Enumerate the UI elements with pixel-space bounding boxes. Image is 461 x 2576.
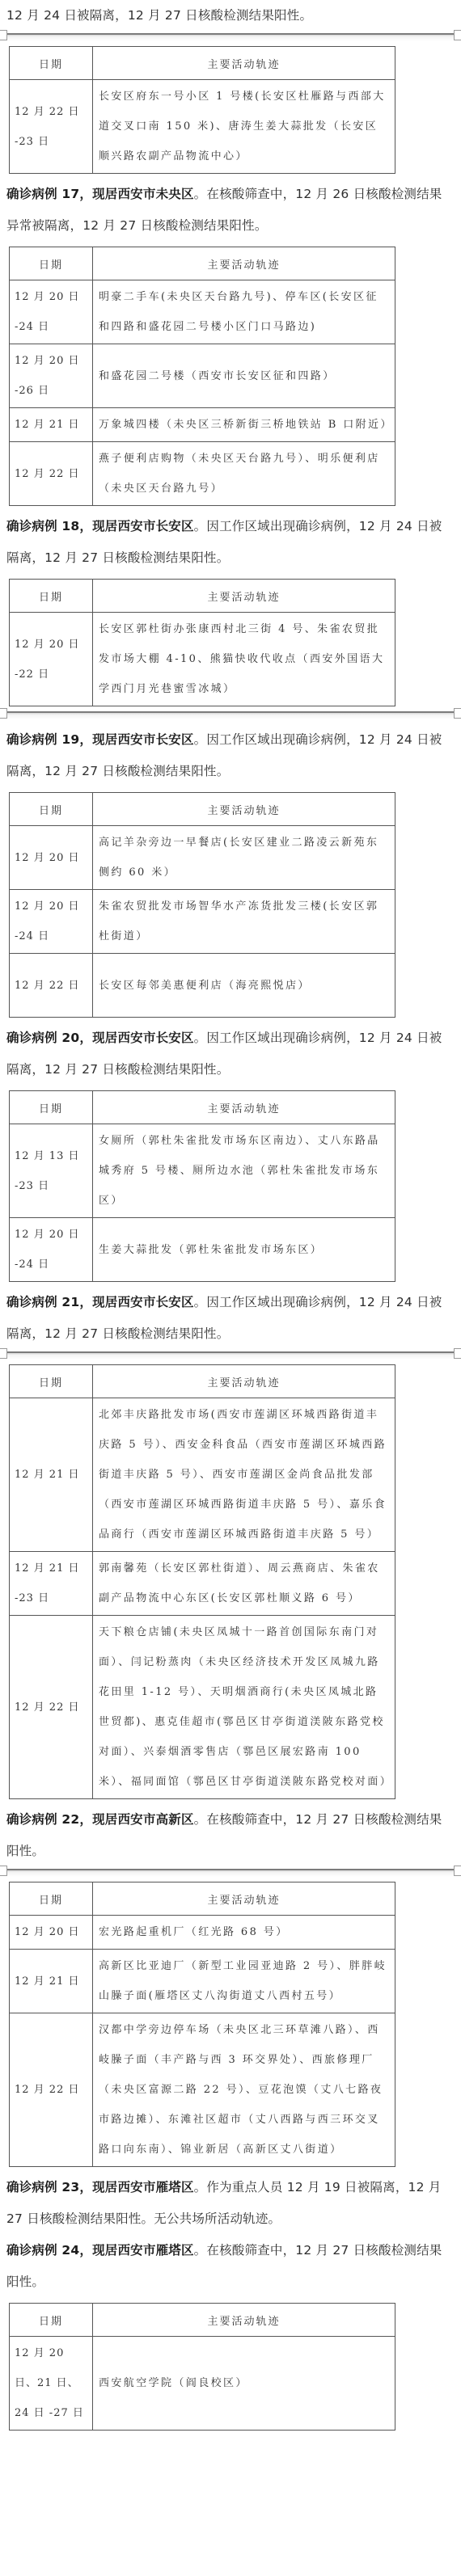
case-21-paragraph: 确诊病例 21，现居西安市长安区。因工作区域出现确诊病例，12 月 24 日被隔…	[0, 1287, 461, 1350]
case-17-paragraph: 确诊病例 17，现居西安市未央区。在核酸筛查中，12 月 26 日核酸检测结果异…	[0, 179, 461, 242]
table-row: 12 月 22 日 天下粮仓店铺(未央区凤城十一路首创国际东南门对面）、闫记粉蒸…	[10, 1616, 395, 1799]
row-track: 长安区府东一号小区 1 号楼(长安区杜雁路与西部大道交叉口南 150 米)、唐涛…	[93, 80, 395, 174]
row-track: 郭南馨苑（长安区郭杜街道）、周云燕商店、朱雀农副产品物流中心东区(长安区郭杜顺义…	[93, 1552, 395, 1616]
case-22-title: 确诊病例 22，现居西安市高新区	[6, 1812, 194, 1827]
row-date: 12 月 21 日	[10, 1950, 93, 2013]
table-row: 12 月 21 日 高新区比亚迪厂（新型工业园亚迪路 2 号）、胖胖岐山臊子面(…	[10, 1950, 395, 2013]
case-20-title: 确诊病例 20，现居西安市长安区	[6, 1031, 194, 1045]
table-row: 12 月 13 日 -23 日 女厕所（郭杜朱雀批发市场东区南边）、丈八东路晶城…	[10, 1124, 395, 1218]
table-row: 12 月 22 日 -23 日 长安区府东一号小区 1 号楼(长安区杜雁路与西部…	[10, 80, 395, 174]
row-date: 12 月 20 日 -24 日	[10, 1218, 93, 1282]
activity-table-case-24: 日期 主要活动轨迹 12 月 20 日、21 日、24 日 -27 日 西安航空…	[9, 2303, 395, 2431]
table-row: 12 月 22 日 燕子便利店购物（未央区天台路九号）、明乐便利店（未央区天台路…	[10, 442, 395, 506]
page-break-divider	[0, 711, 461, 719]
header-date: 日期	[10, 1091, 93, 1124]
activity-table-case-19: 日期 主要活动轨迹 12 月 20 日 高记羊杂旁边一早餐店(长安区建业二路凌云…	[9, 792, 395, 1018]
row-date: 12 月 20 日	[10, 826, 93, 890]
row-date: 12 月 22 日	[10, 1616, 93, 1799]
row-date: 12 月 22 日	[10, 442, 93, 506]
row-date: 12 月 20 日 -24 日	[10, 280, 93, 344]
table-row: 12 月 20 日 -22 日 长安区郭杜街办张康西村北三街 4 号、朱雀农贸批…	[10, 613, 395, 706]
row-date: 12 月 20 日	[10, 1916, 93, 1950]
row-track: 和盛花园二号楼（西安市长安区征和四路）	[93, 344, 395, 408]
case-18-paragraph: 确诊病例 18，现居西安市长安区。因工作区域出现确诊病例，12 月 24 日被隔…	[0, 511, 461, 574]
case-18-title: 确诊病例 18，现居西安市长安区	[6, 519, 194, 533]
row-date: 12 月 20 日、21 日、24 日 -27 日	[10, 2337, 93, 2431]
header-track: 主要活动轨迹	[93, 793, 395, 826]
table-row: 12 月 21 日 -23 日 郭南馨苑（长安区郭杜街道）、周云燕商店、朱雀农副…	[10, 1552, 395, 1616]
table-row: 12 月 20 日 宏光路起重机厂（红光路 68 号）	[10, 1916, 395, 1950]
table-row: 12 月 21 日 万象城四楼（未央区三桥新街三桥地铁站 B 口附近）	[10, 408, 395, 442]
row-track: 汉都中学旁边停车场（未央区北三环草滩八路）、西岐臊子面（丰产路与西 3 环交界处…	[93, 2013, 395, 2167]
table-header-row: 日期 主要活动轨迹	[10, 1091, 395, 1124]
header-track: 主要活动轨迹	[93, 47, 395, 80]
case-24-title: 确诊病例 24，现居西安市雁塔区	[6, 2243, 194, 2258]
case-21-title: 确诊病例 21，现居西安市长安区	[6, 1295, 194, 1309]
row-date: 12 月 22 日 -23 日	[10, 80, 93, 174]
table-row: 12 月 20 日 -24 日 明豪二手车(未央区天台路九号)、停车区(长安区征…	[10, 280, 395, 344]
table-row: 12 月 22 日 汉都中学旁边停车场（未央区北三环草滩八路）、西岐臊子面（丰产…	[10, 2013, 395, 2167]
row-date: 12 月 21 日 -23 日	[10, 1552, 93, 1616]
row-date: 12 月 20 日 -24 日	[10, 890, 93, 954]
activity-table-case-17: 日期 主要活动轨迹 12 月 20 日 -24 日 明豪二手车(未央区天台路九号…	[9, 247, 395, 506]
table-header-row: 日期 主要活动轨迹	[10, 580, 395, 613]
header-date: 日期	[10, 793, 93, 826]
case-19-title: 确诊病例 19，现居西安市长安区	[6, 732, 194, 747]
row-date: 12 月 21 日	[10, 408, 93, 442]
case-23-title: 确诊病例 23，现居西安市雁塔区	[6, 2180, 194, 2194]
activity-table-case-22: 日期 主要活动轨迹 12 月 20 日 宏光路起重机厂（红光路 68 号） 12…	[9, 1882, 395, 2167]
row-track: 万象城四楼（未央区三桥新街三桥地铁站 B 口附近）	[93, 408, 395, 442]
table-row: 12 月 20 日、21 日、24 日 -27 日 西安航空学院（阎良校区）	[10, 2337, 395, 2431]
row-track: 西安航空学院（阎良校区）	[93, 2337, 395, 2431]
row-date: 12 月 21 日	[10, 1398, 93, 1552]
document-page: 12 月 24 日被隔离，12 月 27 日核酸检测结果阳性。 日期 主要活动轨…	[0, 0, 461, 2431]
header-track: 主要活动轨迹	[93, 247, 395, 280]
row-date: 12 月 22 日	[10, 2013, 93, 2167]
case-23-paragraph: 确诊病例 23，现居西安市雁塔区。作为重点人员 12 月 19 日被隔离，12 …	[0, 2172, 461, 2235]
table-row: 12 月 20 日 -24 日 朱雀农贸批发市场智华水产冻货批发三楼(长安区郭杜…	[10, 890, 395, 954]
case-20-paragraph: 确诊病例 20，现居西安市长安区。因工作区域出现确诊病例，12 月 24 日被隔…	[0, 1022, 461, 1086]
header-date: 日期	[10, 247, 93, 280]
row-track: 朱雀农贸批发市场智华水产冻货批发三楼(长安区郭杜街道）	[93, 890, 395, 954]
row-track: 长安区每邻美惠便利店（海亮熙悦店）	[93, 954, 395, 1018]
header-date: 日期	[10, 2304, 93, 2337]
header-track: 主要活动轨迹	[93, 1091, 395, 1124]
table-row: 12 月 22 日 长安区每邻美惠便利店（海亮熙悦店）	[10, 954, 395, 1018]
row-track: 北郊丰庆路批发市场(西安市莲湖区环城西路街道丰庆路 5 号）、西安金科食品（西安…	[93, 1398, 395, 1552]
row-track: 宏光路起重机厂（红光路 68 号）	[93, 1916, 395, 1950]
page-break-divider	[0, 1351, 461, 1360]
header-date: 日期	[10, 1365, 93, 1398]
header-date: 日期	[10, 1882, 93, 1916]
row-date: 12 月 20 日 -26 日	[10, 344, 93, 408]
header-track: 主要活动轨迹	[93, 580, 395, 613]
case-22-paragraph: 确诊病例 22，现居西安市高新区。在核酸筛查中，12 月 27 日核酸检测结果阳…	[0, 1804, 461, 1867]
table-header-row: 日期 主要活动轨迹	[10, 793, 395, 826]
case-17-title: 确诊病例 17，现居西安市未央区	[6, 187, 194, 201]
table-header-row: 日期 主要活动轨迹	[10, 247, 395, 280]
row-track: 高新区比亚迪厂（新型工业园亚迪路 2 号）、胖胖岐山臊子面(雁塔区丈八沟街道丈八…	[93, 1950, 395, 2013]
row-date: 12 月 20 日 -22 日	[10, 613, 93, 706]
row-track: 燕子便利店购物（未央区天台路九号）、明乐便利店（未央区天台路九号）	[93, 442, 395, 506]
header-track: 主要活动轨迹	[93, 1882, 395, 1916]
table-row: 12 月 20 日 -26 日 和盛花园二号楼（西安市长安区征和四路）	[10, 344, 395, 408]
page-break-divider	[0, 1869, 461, 1877]
activity-table-case-18: 日期 主要活动轨迹 12 月 20 日 -22 日 长安区郭杜街办张康西村北三街…	[9, 579, 395, 706]
row-track: 生姜大蒜批发（郭杜朱雀批发市场东区）	[93, 1218, 395, 1282]
case-16-desc-tail: 12 月 24 日被隔离，12 月 27 日核酸检测结果阳性。	[0, 0, 461, 32]
header-track: 主要活动轨迹	[93, 1365, 395, 1398]
row-track: 女厕所（郭杜朱雀批发市场东区南边）、丈八东路晶城秀府 5 号楼、厕所边水池（郭杜…	[93, 1124, 395, 1218]
header-track: 主要活动轨迹	[93, 2304, 395, 2337]
case-24-paragraph: 确诊病例 24，现居西安市雁塔区。在核酸筛查中，12 月 27 日核酸检测结果阳…	[0, 2235, 461, 2298]
table-row: 12 月 20 日 -24 日 生姜大蒜批发（郭杜朱雀批发市场东区）	[10, 1218, 395, 1282]
table-row: 12 月 21 日 北郊丰庆路批发市场(西安市莲湖区环城西路街道丰庆路 5 号）…	[10, 1398, 395, 1552]
activity-table-case-21: 日期 主要活动轨迹 12 月 21 日 北郊丰庆路批发市场(西安市莲湖区环城西路…	[9, 1364, 395, 1799]
activity-table-case-20: 日期 主要活动轨迹 12 月 13 日 -23 日 女厕所（郭杜朱雀批发市场东区…	[9, 1090, 395, 1282]
row-track: 天下粮仓店铺(未央区凤城十一路首创国际东南门对面）、闫记粉蒸肉（未央区经济技术开…	[93, 1616, 395, 1799]
page-break-divider	[0, 33, 461, 41]
table-header-row: 日期 主要活动轨迹	[10, 47, 395, 80]
row-track: 长安区郭杜街办张康西村北三街 4 号、朱雀农贸批发市场大棚 4-10、熊猫快收代…	[93, 613, 395, 706]
activity-table-case-16: 日期 主要活动轨迹 12 月 22 日 -23 日 长安区府东一号小区 1 号楼…	[9, 46, 395, 174]
table-header-row: 日期 主要活动轨迹	[10, 2304, 395, 2337]
table-header-row: 日期 主要活动轨迹	[10, 1882, 395, 1916]
header-date: 日期	[10, 47, 93, 80]
table-header-row: 日期 主要活动轨迹	[10, 1365, 395, 1398]
row-track: 高记羊杂旁边一早餐店(长安区建业二路凌云新苑东侧约 60 米）	[93, 826, 395, 890]
row-track: 明豪二手车(未央区天台路九号)、停车区(长安区征和四路和盛花园二号楼小区门口马路…	[93, 280, 395, 344]
table-row: 12 月 20 日 高记羊杂旁边一早餐店(长安区建业二路凌云新苑东侧约 60 米…	[10, 826, 395, 890]
case-19-paragraph: 确诊病例 19，现居西安市长安区。因工作区域出现确诊病例，12 月 24 日被隔…	[0, 724, 461, 787]
header-date: 日期	[10, 580, 93, 613]
row-date: 12 月 13 日 -23 日	[10, 1124, 93, 1218]
row-date: 12 月 22 日	[10, 954, 93, 1018]
